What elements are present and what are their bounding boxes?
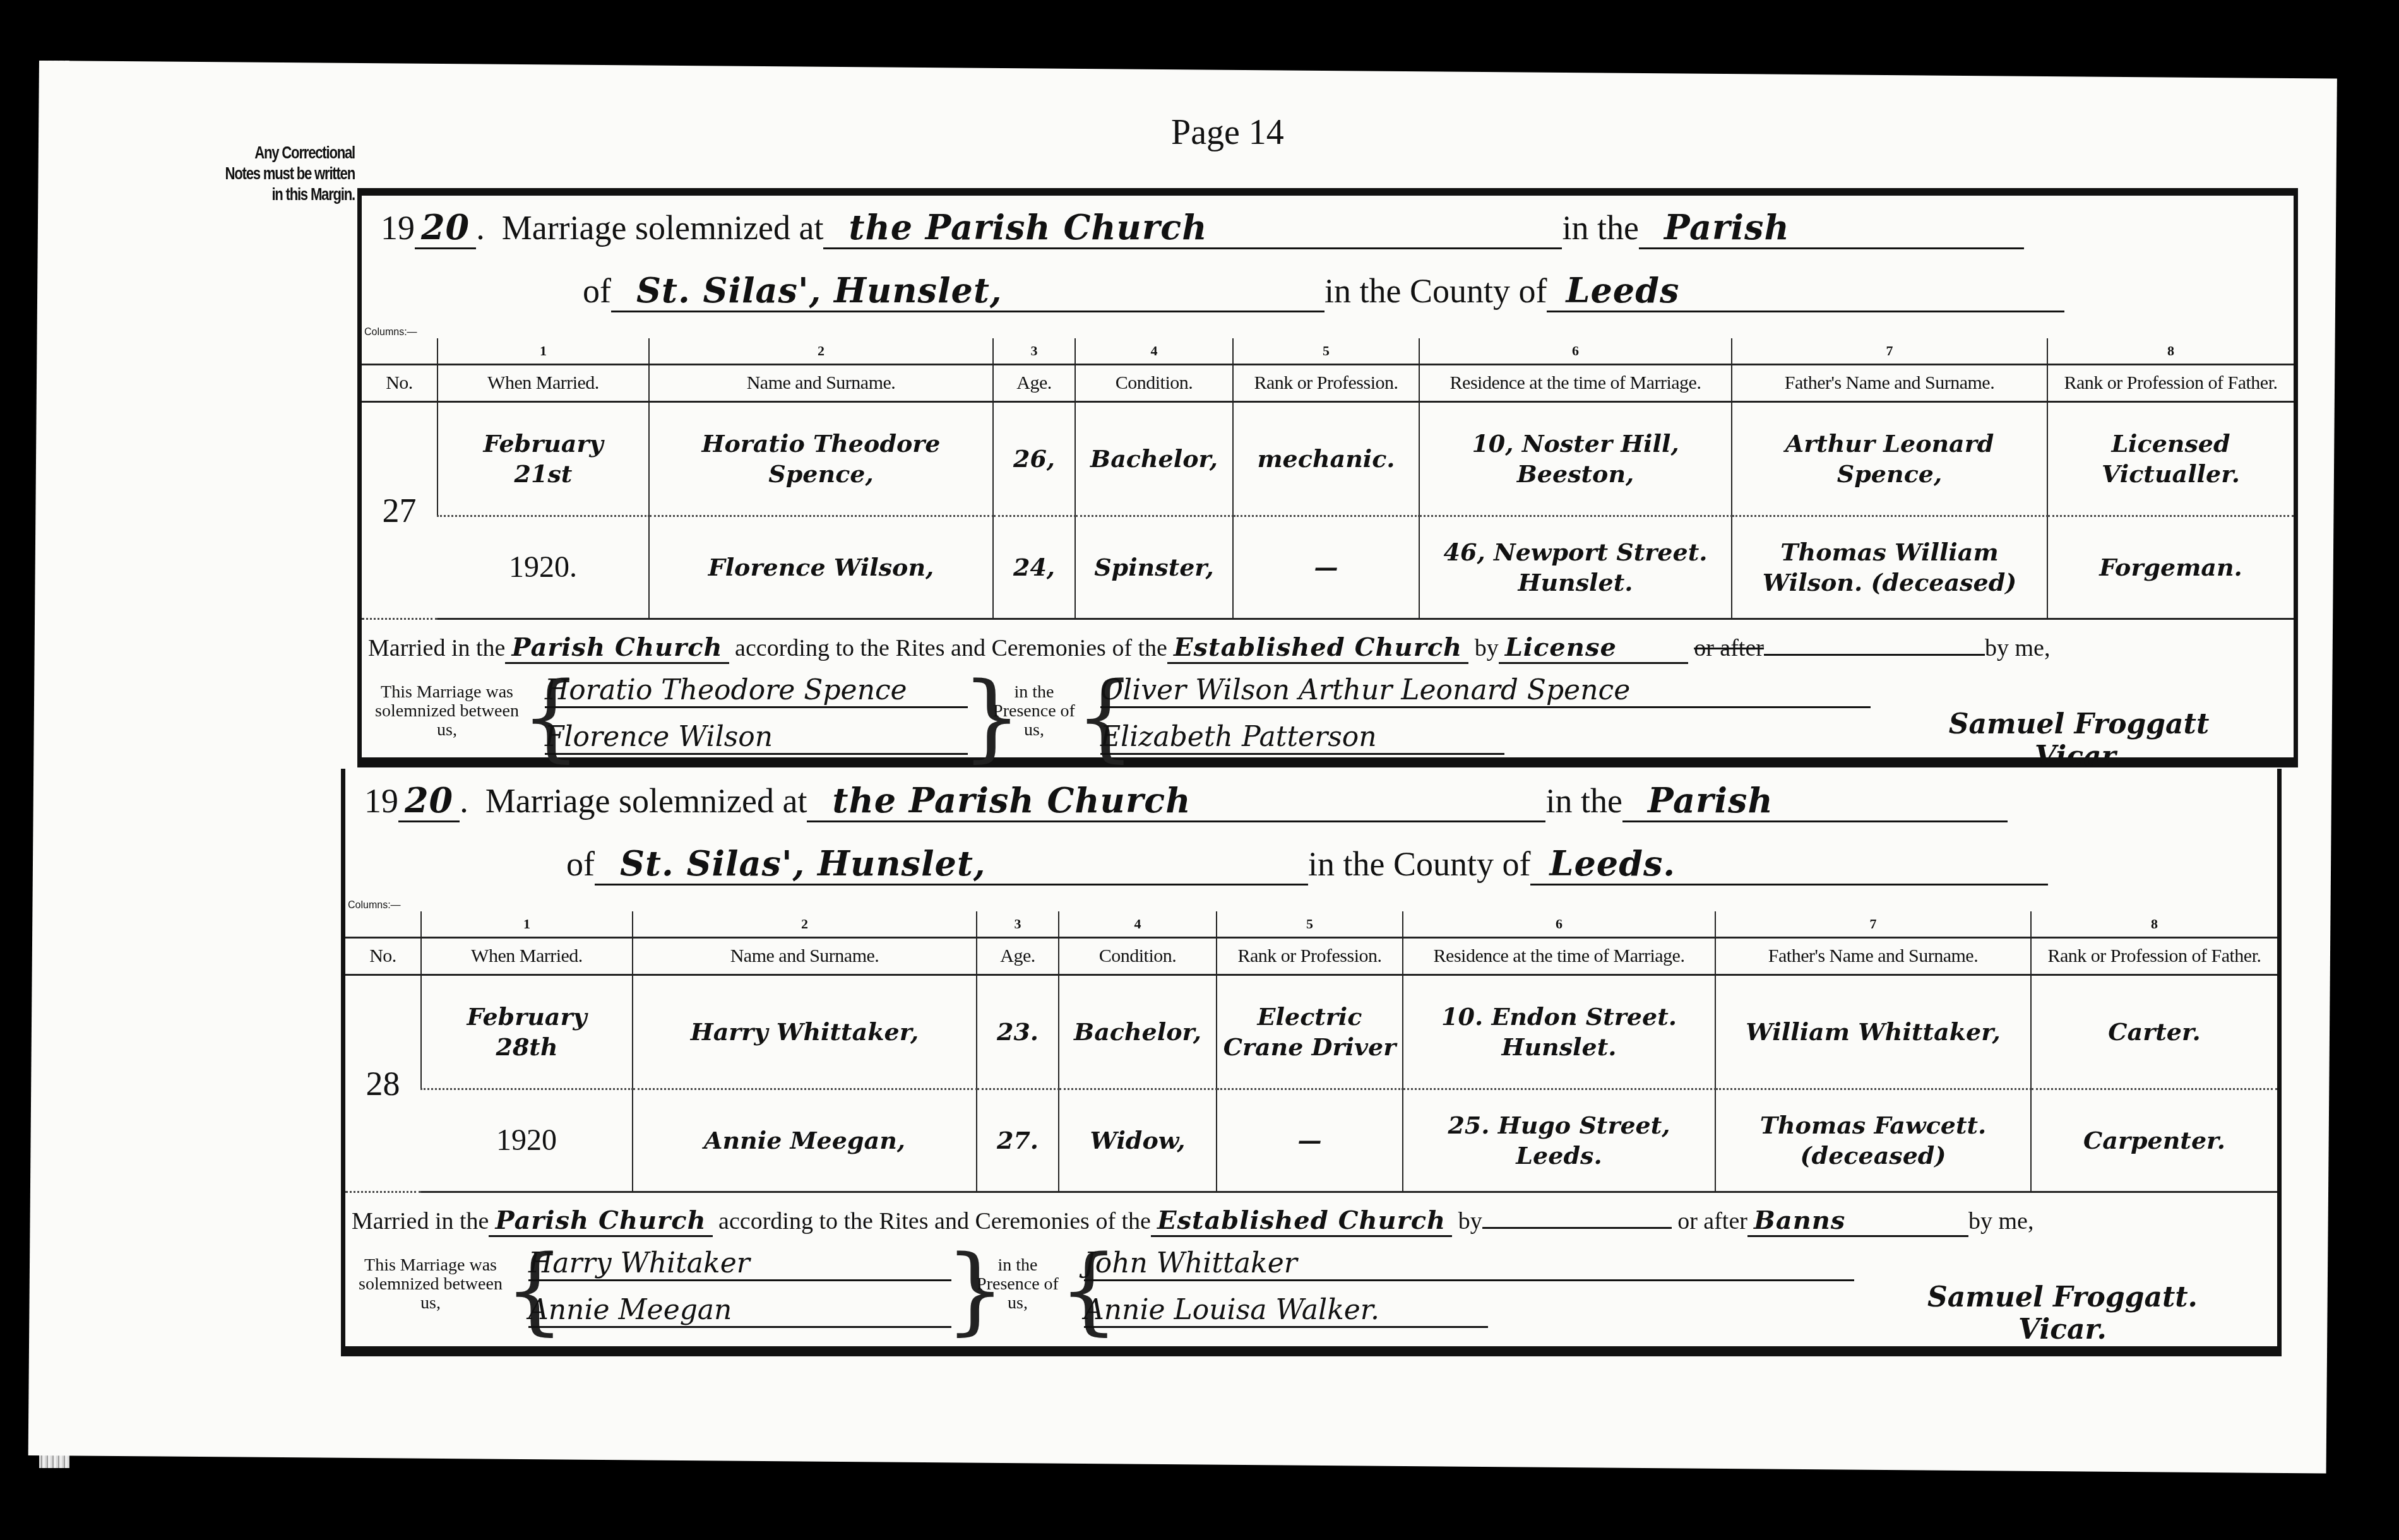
groom-profession: Electric Crane Driver — [1217, 975, 1403, 1089]
col-no: No. — [362, 365, 438, 402]
groom-age: 23. — [977, 975, 1059, 1089]
groom-condition: Bachelor, — [1075, 402, 1233, 516]
marriage-date: February21st — [438, 402, 649, 516]
officiant-signature: Samuel Froggatt.Vicar. — [1886, 1281, 2239, 1346]
groom-age: 26, — [993, 402, 1075, 516]
bride-name: Florence Wilson, — [649, 516, 993, 619]
groom-name: Horatio Theodore Spence, — [649, 402, 993, 516]
margin-note: Any Correctional Notes must be written i… — [219, 143, 355, 205]
bride-row: 1920. Florence Wilson, 24, Spinster, — 4… — [362, 516, 2294, 619]
witness-1-signature: John Whittaker — [1084, 1247, 1854, 1281]
groom-row: 27 February21st Horatio Theodore Spence,… — [362, 402, 2294, 516]
col-name: Name and Surname. — [633, 938, 977, 975]
married-in-line: Married in theParish Church according to… — [368, 632, 2050, 664]
columns-label: Columns:— — [348, 900, 401, 911]
groom-residence: 10. Endon Street. Hunslet. — [1403, 975, 1715, 1089]
groom-father-name: William Whittaker, — [1715, 975, 2031, 1089]
married-in-line: Married in theParish Church according to… — [352, 1205, 2033, 1237]
col-profession: Rank or Profession. — [1233, 365, 1419, 402]
col-father-profession: Rank or Profession of Father. — [2031, 938, 2277, 975]
marriage-entry-27: 1920. Marriage solemnized atthe Parish C… — [357, 188, 2298, 767]
col-condition: Condition. — [1075, 365, 1233, 402]
col-age: Age. — [977, 938, 1059, 975]
col-father-name: Father's Name and Surname. — [1732, 365, 2047, 402]
groom-name: Harry Whittaker, — [633, 975, 977, 1089]
marriage-date: February28th — [421, 975, 633, 1089]
groom-father-profession: Licensed Victualler. — [2047, 402, 2294, 516]
between-us-label: This Marriage was solemnized between us, — [374, 683, 520, 740]
col-condition: Condition. — [1059, 938, 1217, 975]
col-profession: Rank or Profession. — [1217, 938, 1403, 975]
bride-residence: 46, Newport Street. Hunslet. — [1419, 516, 1732, 619]
bride-age: 24, — [993, 516, 1075, 619]
marriage-year: 1920 — [421, 1089, 633, 1192]
register-table: 12345678 No. When Married. Name and Surn… — [362, 338, 2294, 620]
entry-header-line-1: 1920. Marriage solemnized atthe Parish C… — [364, 780, 2008, 822]
bride-father-profession: Carpenter. — [2031, 1089, 2277, 1192]
bride-residence: 25. Hugo Street, Leeds. — [1403, 1089, 1715, 1192]
witness-2-signature: Elizabeth Patterson — [1100, 721, 1504, 755]
witness-1-signature: Oliver Wilson Arthur Leonard Spence — [1100, 674, 1871, 708]
col-name: Name and Surname. — [649, 365, 993, 402]
signature-block: This Marriage was solemnized between us,… — [362, 670, 2294, 771]
bride-profession: — — [1233, 516, 1419, 619]
entry-header-line-2: ofSt. Silas', Hunslet,in the County ofLe… — [566, 843, 2048, 885]
groom-condition: Bachelor, — [1059, 975, 1217, 1089]
col-no: No. — [345, 938, 421, 975]
col-residence: Residence at the time of Marriage. — [1419, 365, 1732, 402]
col-age: Age. — [993, 365, 1075, 402]
bride-profession: — — [1217, 1089, 1403, 1192]
bride-father-name: Thomas Fawcett. (deceased) — [1715, 1089, 2031, 1192]
marriage-year: 1920. — [438, 516, 649, 619]
witness-2-signature: Annie Louisa Walker. — [1084, 1294, 1488, 1328]
entry-number: 28 — [345, 975, 421, 1192]
groom-row: 28 February28th Harry Whittaker, 23. Bac… — [345, 975, 2277, 1089]
between-us-label: This Marriage was solemnized between us, — [358, 1256, 503, 1313]
columns-label: Columns:— — [364, 327, 417, 338]
groom-signature: Horatio Theodore Spence — [545, 674, 968, 708]
col-father-profession: Rank or Profession of Father. — [2047, 365, 2294, 402]
register-table: 12345678 No. When Married. Name and Surn… — [345, 911, 2277, 1193]
groom-father-profession: Carter. — [2031, 975, 2277, 1089]
groom-signature: Harry Whitaker — [528, 1247, 951, 1281]
bride-signature: Florence Wilson — [545, 721, 968, 755]
bride-age: 27. — [977, 1089, 1059, 1192]
col-when-married: When Married. — [438, 365, 649, 402]
bride-father-profession: Forgeman. — [2047, 516, 2294, 619]
bride-signature: Annie Meegan — [528, 1294, 951, 1328]
groom-father-name: Arthur Leonard Spence, — [1732, 402, 2047, 516]
groom-residence: 10, Noster Hill, Beeston, — [1419, 402, 1732, 516]
bride-row: 1920 Annie Meegan, 27. Widow, — 25. Hugo… — [345, 1089, 2277, 1192]
entry-header-line-2: ofSt. Silas', Hunslet,in the County ofLe… — [583, 270, 2064, 312]
entry-number: 27 — [362, 402, 438, 619]
presence-label: in the Presence of us, — [993, 683, 1075, 740]
entry-header-line-1: 1920. Marriage solemnized atthe Parish C… — [381, 207, 2024, 249]
marriage-entry-28: 1920. Marriage solemnized atthe Parish C… — [341, 769, 2282, 1356]
officiant-signature: Samuel FroggattVicar. — [1902, 708, 2256, 773]
bride-father-name: Thomas William Wilson. (deceased) — [1732, 516, 2047, 619]
col-father-name: Father's Name and Surname. — [1715, 938, 2031, 975]
bride-condition: Spinster, — [1075, 516, 1233, 619]
bride-condition: Widow, — [1059, 1089, 1217, 1192]
groom-profession: mechanic. — [1233, 402, 1419, 516]
presence-label: in the Presence of us, — [977, 1256, 1059, 1313]
bride-name: Annie Meegan, — [633, 1089, 977, 1192]
col-when-married: When Married. — [421, 938, 633, 975]
page-number: Page 14 — [1171, 112, 1284, 153]
col-residence: Residence at the time of Marriage. — [1403, 938, 1715, 975]
signature-block: This Marriage was solemnized between us,… — [345, 1243, 2277, 1344]
